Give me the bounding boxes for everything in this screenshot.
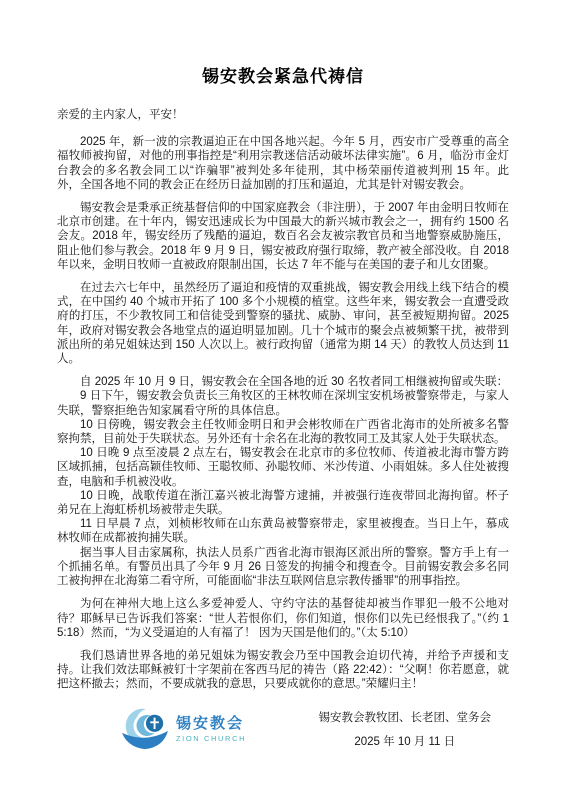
paragraph-prayer-request: 我们恳请世界各地的弟兄姐妹为锡安教会乃至中国教会迫切代祷，并给予声援和支持。让我…	[57, 649, 509, 692]
paragraph-scripture-reflection: 为何在神州大地上这么多爱神爱人、守约守法的基督徒却被当作罪犯一般不公地对待？耶稣…	[57, 597, 509, 640]
letter-document: 锡安教会紧急代祷信 亲爱的主内家人，平安！ 2025 年，新一波的宗教逼迫正在中…	[0, 0, 566, 800]
logo-name-english: ZION CHURCH	[176, 734, 246, 743]
paragraph-incidents-intro: 自 2025 年 10 月 9 日，锡安教会在全国各地的近 30 名牧者同工相继…	[57, 375, 509, 389]
paragraph-incident-oct10-arrests: 10 日晚，战歌传道在浙江嘉兴被北海警方逮捕，并被强行连夜带回北海拘留。杯子弟兄…	[57, 489, 509, 517]
paragraph-intro-persecution: 2025 年，新一波的宗教逼迫正在中国各地兴起。今年 5 月，西安市广受尊重的高…	[57, 135, 509, 192]
paragraph-incident-oct11: 11 日早晨 7 点，刘桢彬牧师在山东黄岛被警察带走，家里被搜查。当日上午，慕成…	[57, 517, 509, 545]
paragraph-recent-pressure: 在过去六七年中，虽然经历了逼迫和疫情的双重挑战，锡安教会用线上线下结合的模式，在…	[57, 281, 509, 366]
letter-footer: 锡安教会 ZION CHURCH 锡安教会教牧团、长老团、堂务会 2025 年 …	[57, 708, 509, 752]
paragraph-incident-oct9: 9 日下午，锡安教会负责长三角牧区的王林牧师在深圳宝安机场被警察带走，与家人失联…	[57, 389, 509, 417]
church-logo-text: 锡安教会 ZION CHURCH	[176, 716, 246, 743]
logo-name-chinese: 锡安教会	[176, 716, 246, 732]
letter-title: 锡安教会紧急代祷信	[57, 62, 509, 87]
paragraph-church-history: 锡安教会是秉承正统基督信仰的中国家庭教会（非注册），于 2007 年由金明日牧师…	[57, 201, 509, 272]
signature-line: 锡安教会教牧团、长老团、堂务会	[319, 711, 492, 725]
paragraph-incident-oct10-evening: 10 日傍晚，锡安教会主任牧师金明日和尹会彬牧师在广西省北海市的处所被多名警察拘…	[57, 418, 509, 446]
letter-greeting: 亲爱的主内家人，平安！	[57, 108, 509, 122]
paragraph-incident-oct10-night: 10 日晚 9 点至凌晨 2 点左右，锡安教会在北京市的多位牧师、传道被北海市警…	[57, 446, 509, 489]
zion-church-logo-icon	[121, 708, 169, 752]
paragraph-police-details: 据当事人目击家属称，执法人员系广西省北海市银海区派出所的警察。警方手上有一个抓捕…	[57, 546, 509, 589]
signature-date: 2025 年 10 月 11 日	[319, 735, 492, 749]
church-logo: 锡安教会 ZION CHURCH	[121, 708, 246, 752]
signature-block: 锡安教会教牧团、长老团、堂务会 2025 年 10 月 11 日	[319, 711, 492, 749]
